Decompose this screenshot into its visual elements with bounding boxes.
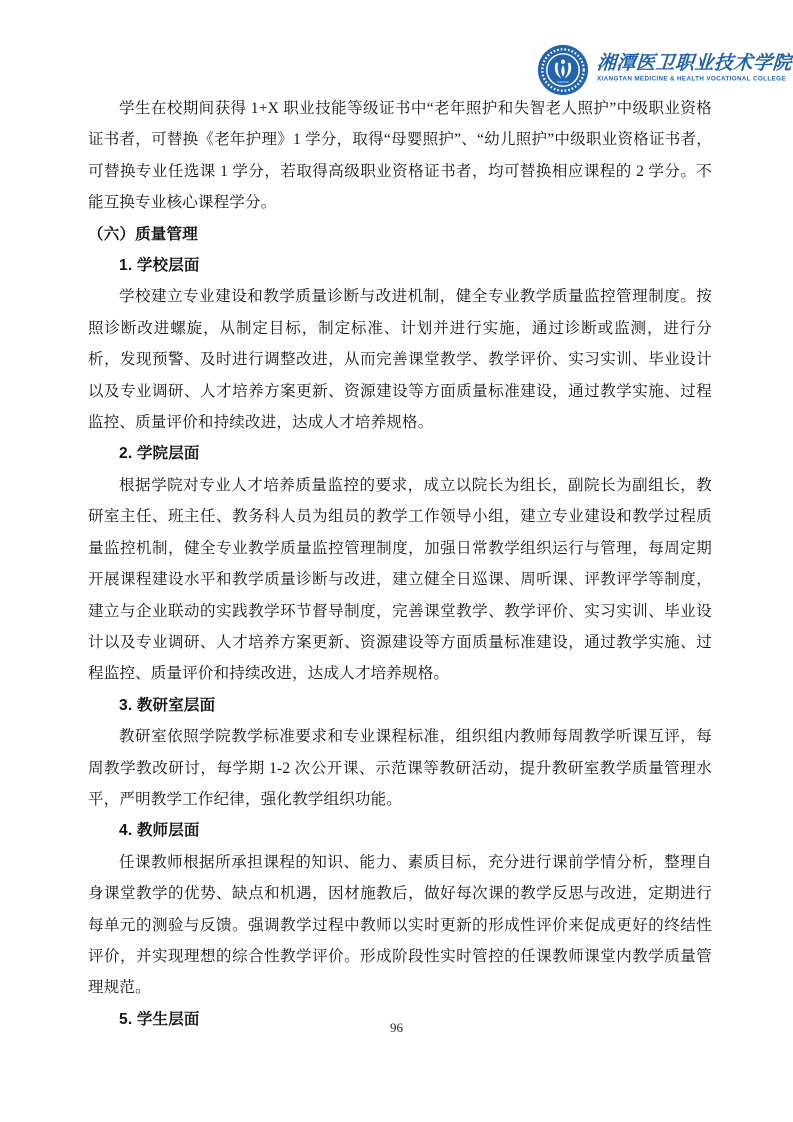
paragraph-teaching-research-office-level: 教研室依照学院教学标准要求和专业课程标准，组织组内教师每周教学听课互评，每周教学… — [88, 721, 712, 815]
subheading-teaching-research-office-level: 3. 教研室层面 — [88, 690, 712, 721]
subheading-school-level: 1. 学校层面 — [88, 250, 712, 281]
subheading-college-level: 2. 学院层面 — [88, 438, 712, 469]
paragraph-teacher-level: 任课教师根据所承担课程的知识、能力、素质目标，充分进行课前学情分析，整理自身课堂… — [88, 847, 712, 1004]
college-emblem-icon — [536, 43, 590, 97]
college-logo: 湘潭医卫职业技术学院 XIANGTAN MEDICINE & HEALTH VO… — [536, 43, 793, 97]
paragraph-college-level: 根据学院对专业人才培养质量监控的要求，成立以院长为组长，副院长为副组长，教研室主… — [88, 470, 712, 690]
section-heading-quality-management: （六）质量管理 — [88, 219, 712, 250]
college-logo-text: 湘潭医卫职业技术学院 XIANGTAN MEDICINE & HEALTH VO… — [597, 43, 793, 85]
college-name-zh: 湘潭医卫职业技术学院 — [596, 52, 793, 74]
subheading-teacher-level: 4. 教师层面 — [88, 815, 712, 846]
document-page: 湘潭医卫职业技术学院 XIANGTAN MEDICINE & HEALTH VO… — [0, 0, 793, 1122]
college-name-en: XIANGTAN MEDICINE & HEALTH VOCATIONAL CO… — [597, 75, 786, 82]
paragraph-school-level: 学校建立专业建设和教学质量诊断与改进机制，健全专业教学质量监控管理制度。按照诊断… — [88, 281, 712, 438]
document-content: 学生在校期间获得 1+X 职业技能等级证书中“老年照护和失智老人照护”中级职业资… — [88, 93, 712, 1035]
page-number: 96 — [0, 1020, 793, 1036]
intro-paragraph: 学生在校期间获得 1+X 职业技能等级证书中“老年照护和失智老人照护”中级职业资… — [88, 93, 712, 219]
